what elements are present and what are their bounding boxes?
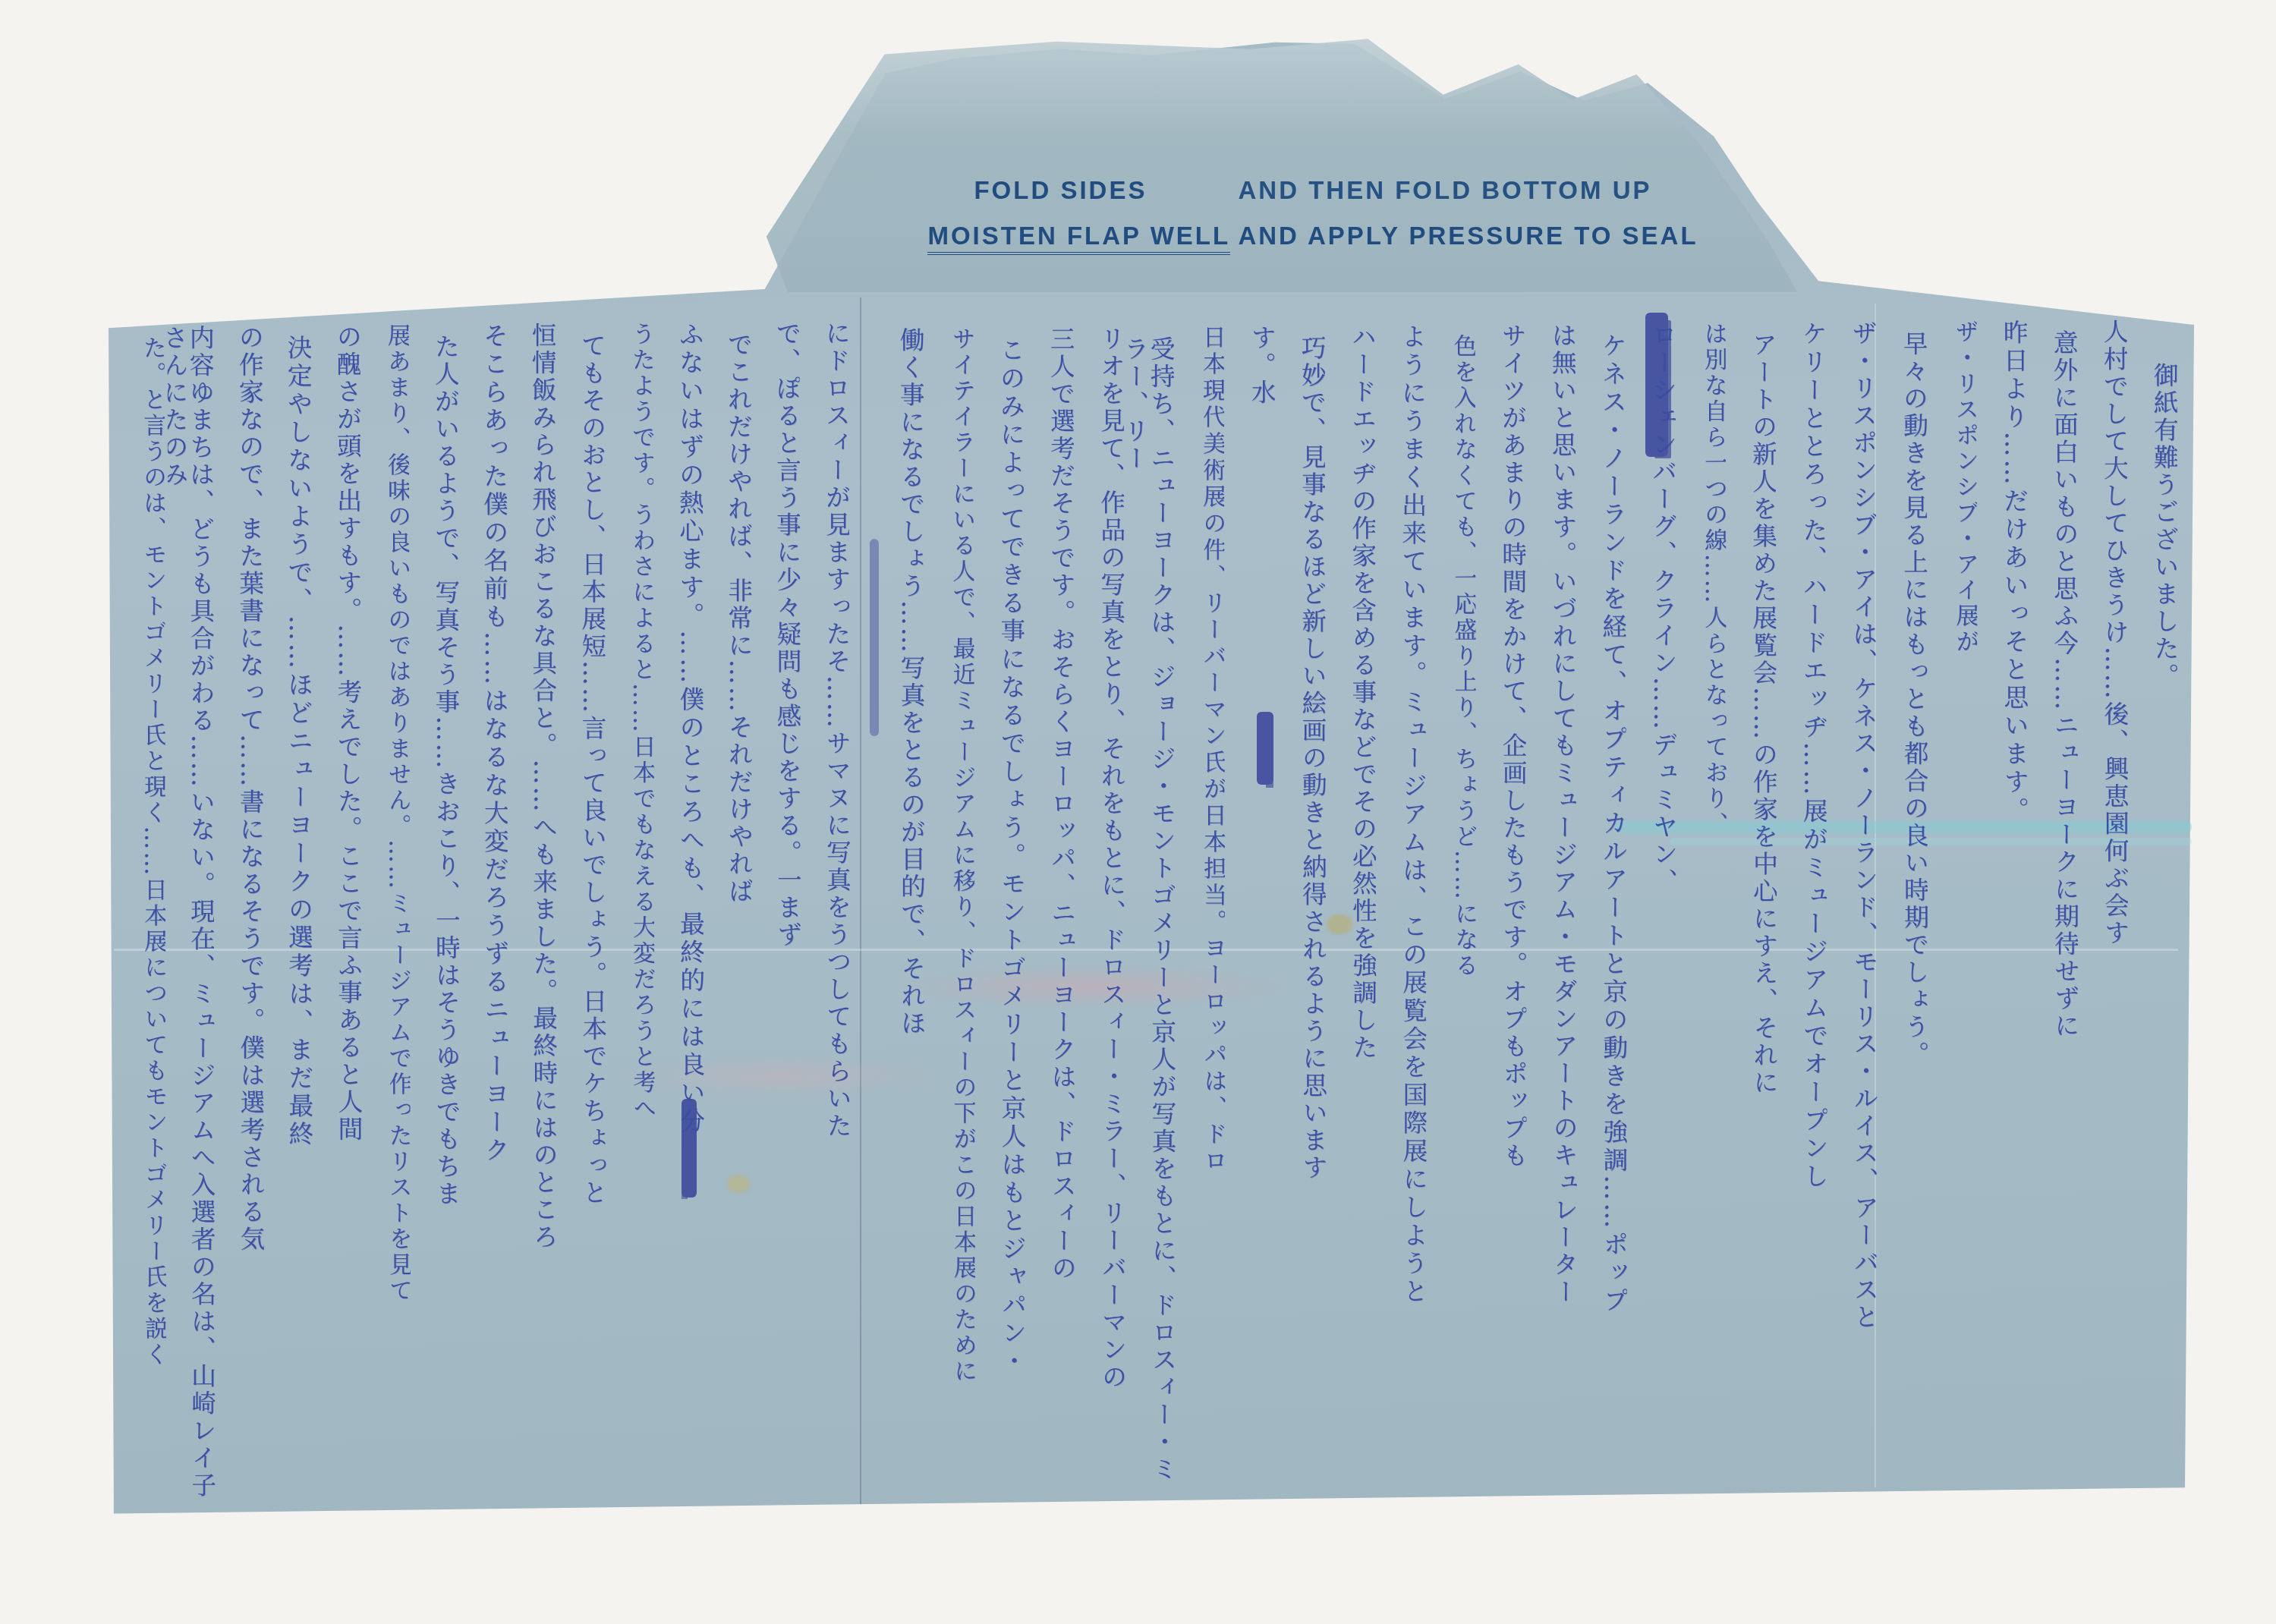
handwriting-column: 日本現代美術展の件、リーバーマン氏が日本担当。ヨーロッパは、ドロ (1179, 325, 1226, 1505)
handwriting-column: でこれだけやれば、非常に……それだけやれば (706, 321, 754, 1501)
handwriting-column: ケリーととろった、ハードエッヂ……展がミュージアムでオープンし (1780, 320, 1828, 1500)
handwriting-column: 内容ゆまちは、どうも具合がわる……いない。現在、ミュージアムへ入選者の名は、山崎… (168, 325, 216, 1505)
handwriting-column: の作家なので、また葉書になって……書になるそうです。僕は選考される気 (216, 324, 264, 1504)
handwriting-column: 御紙有難うございました。 (2132, 318, 2180, 1498)
handwriting-column: 受持ち、ニューヨークは、ジョージ・モントゴメリーと京人が写真をもとに、ドロスィー… (1129, 325, 1176, 1505)
handwriting-column: ザ・リスポンシブ・アイは、ケネス・ノーランド、モーリス・ルイス、アーバスと (1831, 320, 1878, 1500)
handwriting-column: す。水 (1229, 324, 1277, 1504)
handwriting-column: 決定やしないようで、……ほどニューヨークの選考は、まだ最終 (266, 324, 313, 1504)
handwriting-column: ケネス・ノーランドを経て、オプティカルアートと京の動きを強調……ポップ (1580, 322, 1628, 1502)
moisten-flap-underlined-text: MOISTEN FLAP WELL (927, 222, 1229, 255)
handwriting-column: は別な自ら一つの線……人らとなっており、 (1680, 321, 1728, 1501)
handwriting-column: アートの新人を集めた展覧会……の作家を中心にすえ、それに (1730, 321, 1778, 1501)
handwriting-column: サイツがあまりの時間をかけて、企画したもうです。オプもポップも (1480, 323, 1528, 1503)
handwriting-column: このみによってできる事になるでしょう。モントゴメリーと京人はもとジャパン・ (978, 326, 1026, 1506)
handwriting-column: てもそのおとし、日本展短……言って良いでしょう。日本でケちょっと (559, 322, 606, 1502)
handwriting-column: は無いと思います。いづれにしてもミュージアム・モダンアートのキュレーター (1530, 323, 1578, 1503)
handwriting-column: 三人で選考だそうです。おそらくヨーロッパ、ニューヨークは、ドロスィーの (1028, 326, 1076, 1506)
handwriting-column: ハードエッヂの作家を含める事などでその必然性を強調した (1329, 324, 1377, 1504)
moisten-instruction-line: MOISTEN FLAP WELL AND APPLY PRESSURE TO … (804, 222, 1821, 250)
fold-bottom-text: AND THEN FOLD BOTTOM UP (1238, 176, 1651, 205)
fold-sides-text: FOLD SIDES (974, 176, 1147, 205)
handwriting-column: 恒情飯みられ飛びおこるな具合と。……へも来ました。最終時にはのところ (510, 322, 558, 1502)
handwriting-column: 昨日より……だけあいっそと思います。 (1981, 319, 2029, 1500)
handwriting-column: 早々の動きを見る上にはもっとも都合の良い時期でしょう。 (1881, 319, 1928, 1500)
handwriting-left-page: にドロスィーが見ますったそ……サマヌに写真をうつしてもらいたで、ぽると言う事に少… (116, 320, 855, 1506)
scanned-letter-stage: FOLD SIDES AND THEN FOLD BOTTOM UP MOIST… (0, 0, 2276, 1624)
flap-printed-instructions: FOLD SIDES AND THEN FOLD BOTTOM UP MOIST… (804, 176, 1821, 250)
handwriting-column: ザ・リスポンシブ・アイ展が (1931, 319, 1979, 1500)
handwriting-column: ようにうまく出来ています。ミュージアムは、この展覧会を国際展にしようと (1379, 323, 1427, 1503)
handwriting-column: リオを見て、作品の写真をとり、それをもとに、ドロスィー・ミラー、リーバーマンの (1078, 326, 1126, 1506)
aerogramme-flap (756, 39, 1831, 292)
handwriting-column: 色を入れなくても、一応盛り上り、ちょうど……になる (1430, 323, 1478, 1503)
apply-pressure-text: AND APPLY PRESSURE TO SEAL (1230, 222, 1698, 250)
handwriting-column: 働く事になるでしょう……写真をとるのが目的で、それほ (878, 327, 926, 1507)
handwriting-column: た人がいるようで、写真そう事……きおこり、一時はそうゆきでもちま (412, 323, 460, 1503)
handwriting-column: で、ぽると言う事に少々疑問も感じをする。一まず (754, 320, 802, 1500)
handwriting-column: うたようです。うわさによると……日本でもなえる大変だろうと考へ (608, 322, 656, 1502)
handwriting-column: 意外に面白いものと思ふ今……ニューヨークに期待せずに (2031, 319, 2079, 1499)
handwriting-column: た。と言うのは、モントゴメリー氏と現く……日本展についてもモントゴメリー氏を説く (119, 325, 167, 1505)
handwriting-column: サイテイラーにいる人で、最近ミュージアムに移り、ドロスィーの下がこの日本展のため… (928, 326, 976, 1506)
fold-instruction-line: FOLD SIDES AND THEN FOLD BOTTOM UP (804, 176, 1821, 205)
handwriting-column: ふないはずの熱心ます。……僕のところへも、最終的には良い分 (656, 321, 704, 1501)
handwriting-column: 巧妙で、見事なるほど新しい絵画の動きと納得されるように思います (1279, 324, 1327, 1504)
vertical-fold-crease (860, 297, 861, 1504)
handwriting-column: 展あまり、後味の良いものではありません。……ミュージアムで作ったリストを見て (364, 323, 411, 1503)
handwriting-column: そこらあった僕の名前も……はなるな大変だろうずるニューヨーク (461, 323, 509, 1503)
handwriting-right-page: 御紙有難うございました。人村でして大してひきうけ……後、興恵園何ぶ会す意外に面白… (875, 318, 2183, 1507)
handwriting-column: にドロスィーが見ますったそ……サマヌに写真をうつしてもらいた (804, 320, 852, 1500)
handwriting-column: 人村でして大してひきうけ……後、興恵園何ぶ会す (2081, 319, 2129, 1499)
handwriting-column: の醜さが頭を出すもす。……考えでした。ここで言ふ事あると人間 (314, 323, 362, 1503)
handwriting-column: ローシェンバーグ、クライン……デュミヤン、 (1630, 322, 1678, 1502)
